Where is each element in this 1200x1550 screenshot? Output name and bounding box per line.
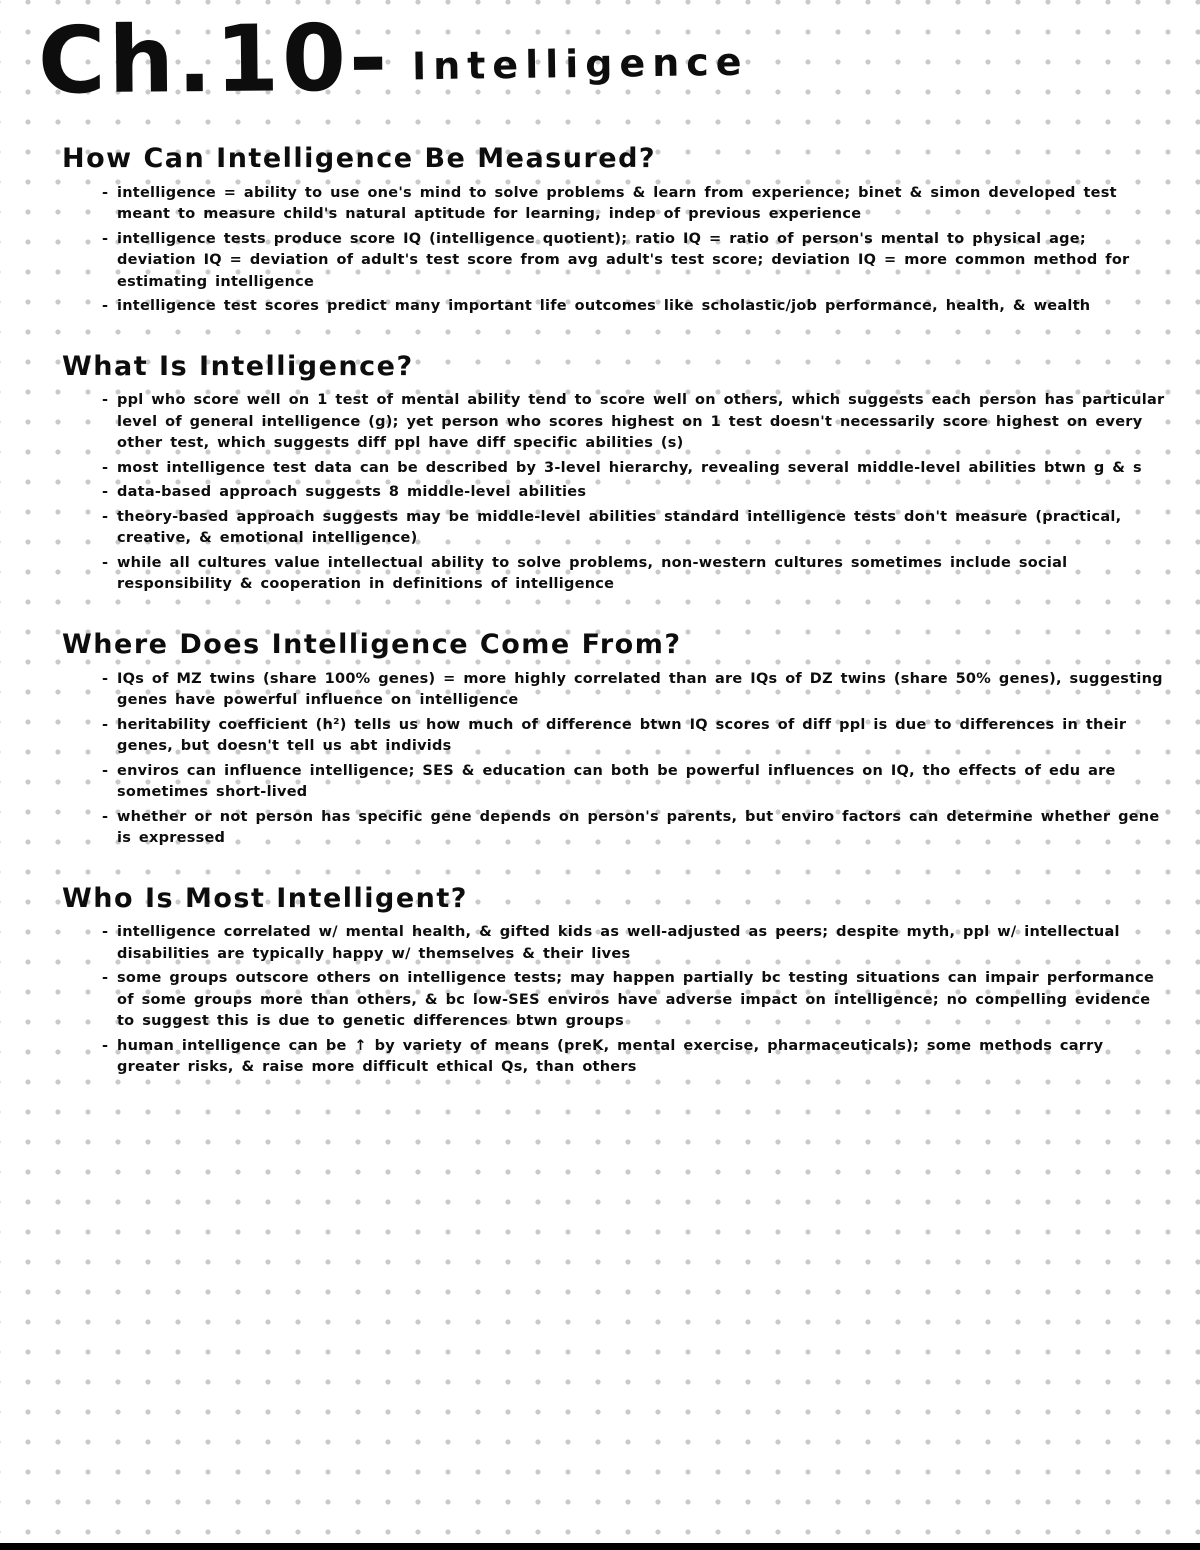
chapter-number: Ch.10- xyxy=(38,12,391,107)
bullet-list: intelligence = ability to use one's mind… xyxy=(62,183,1170,318)
notes-sections: How Can Intelligence Be Measured?intelli… xyxy=(62,144,1170,1079)
section-heading: How Can Intelligence Be Measured? xyxy=(62,144,1170,174)
note-bullet: most intelligence test data can be descr… xyxy=(102,458,1170,480)
scan-edge-bar xyxy=(0,1543,1200,1550)
note-section: How Can Intelligence Be Measured?intelli… xyxy=(62,144,1170,318)
section-heading: What Is Intelligence? xyxy=(62,352,1170,382)
chapter-topic: Intelligence xyxy=(412,40,749,89)
note-section: Who Is Most Intelligent?intelligence cor… xyxy=(62,884,1170,1079)
note-bullet: human intelligence can be ↑ by variety o… xyxy=(102,1036,1170,1079)
note-bullet: while all cultures value intellectual ab… xyxy=(102,553,1170,596)
section-heading: Who Is Most Intelligent? xyxy=(62,884,1170,914)
note-bullet: data-based approach suggests 8 middle-le… xyxy=(102,482,1170,504)
bullet-list: intelligence correlated w/ mental health… xyxy=(62,922,1170,1079)
bullet-list: ppl who score well on 1 test of mental a… xyxy=(62,390,1170,596)
note-bullet: heritability coefficient (h²) tells us h… xyxy=(102,715,1170,758)
note-bullet: enviros can influence intelligence; SES … xyxy=(102,761,1170,804)
note-bullet: intelligence tests produce score IQ (int… xyxy=(102,229,1170,294)
notebook-page: Ch.10- Intelligence How Can Intelligence… xyxy=(0,0,1200,1550)
note-section: Where Does Intelligence Come From?IQs of… xyxy=(62,630,1170,850)
section-heading: Where Does Intelligence Come From? xyxy=(62,630,1170,660)
note-bullet: whether or not person has specific gene … xyxy=(102,807,1170,850)
note-bullet: intelligence = ability to use one's mind… xyxy=(102,183,1170,226)
page-title: Ch.10- Intelligence xyxy=(0,0,1200,134)
note-section: What Is Intelligence?ppl who score well … xyxy=(62,352,1170,596)
note-bullet: ppl who score well on 1 test of mental a… xyxy=(102,390,1170,455)
note-bullet: theory-based approach suggests may be mi… xyxy=(102,507,1170,550)
bullet-list: IQs of MZ twins (share 100% genes) = mor… xyxy=(62,669,1170,850)
note-bullet: intelligence correlated w/ mental health… xyxy=(102,922,1170,965)
note-bullet: intelligence test scores predict many im… xyxy=(102,296,1170,318)
note-bullet: some groups outscore others on intellige… xyxy=(102,968,1170,1033)
note-bullet: IQs of MZ twins (share 100% genes) = mor… xyxy=(102,669,1170,712)
